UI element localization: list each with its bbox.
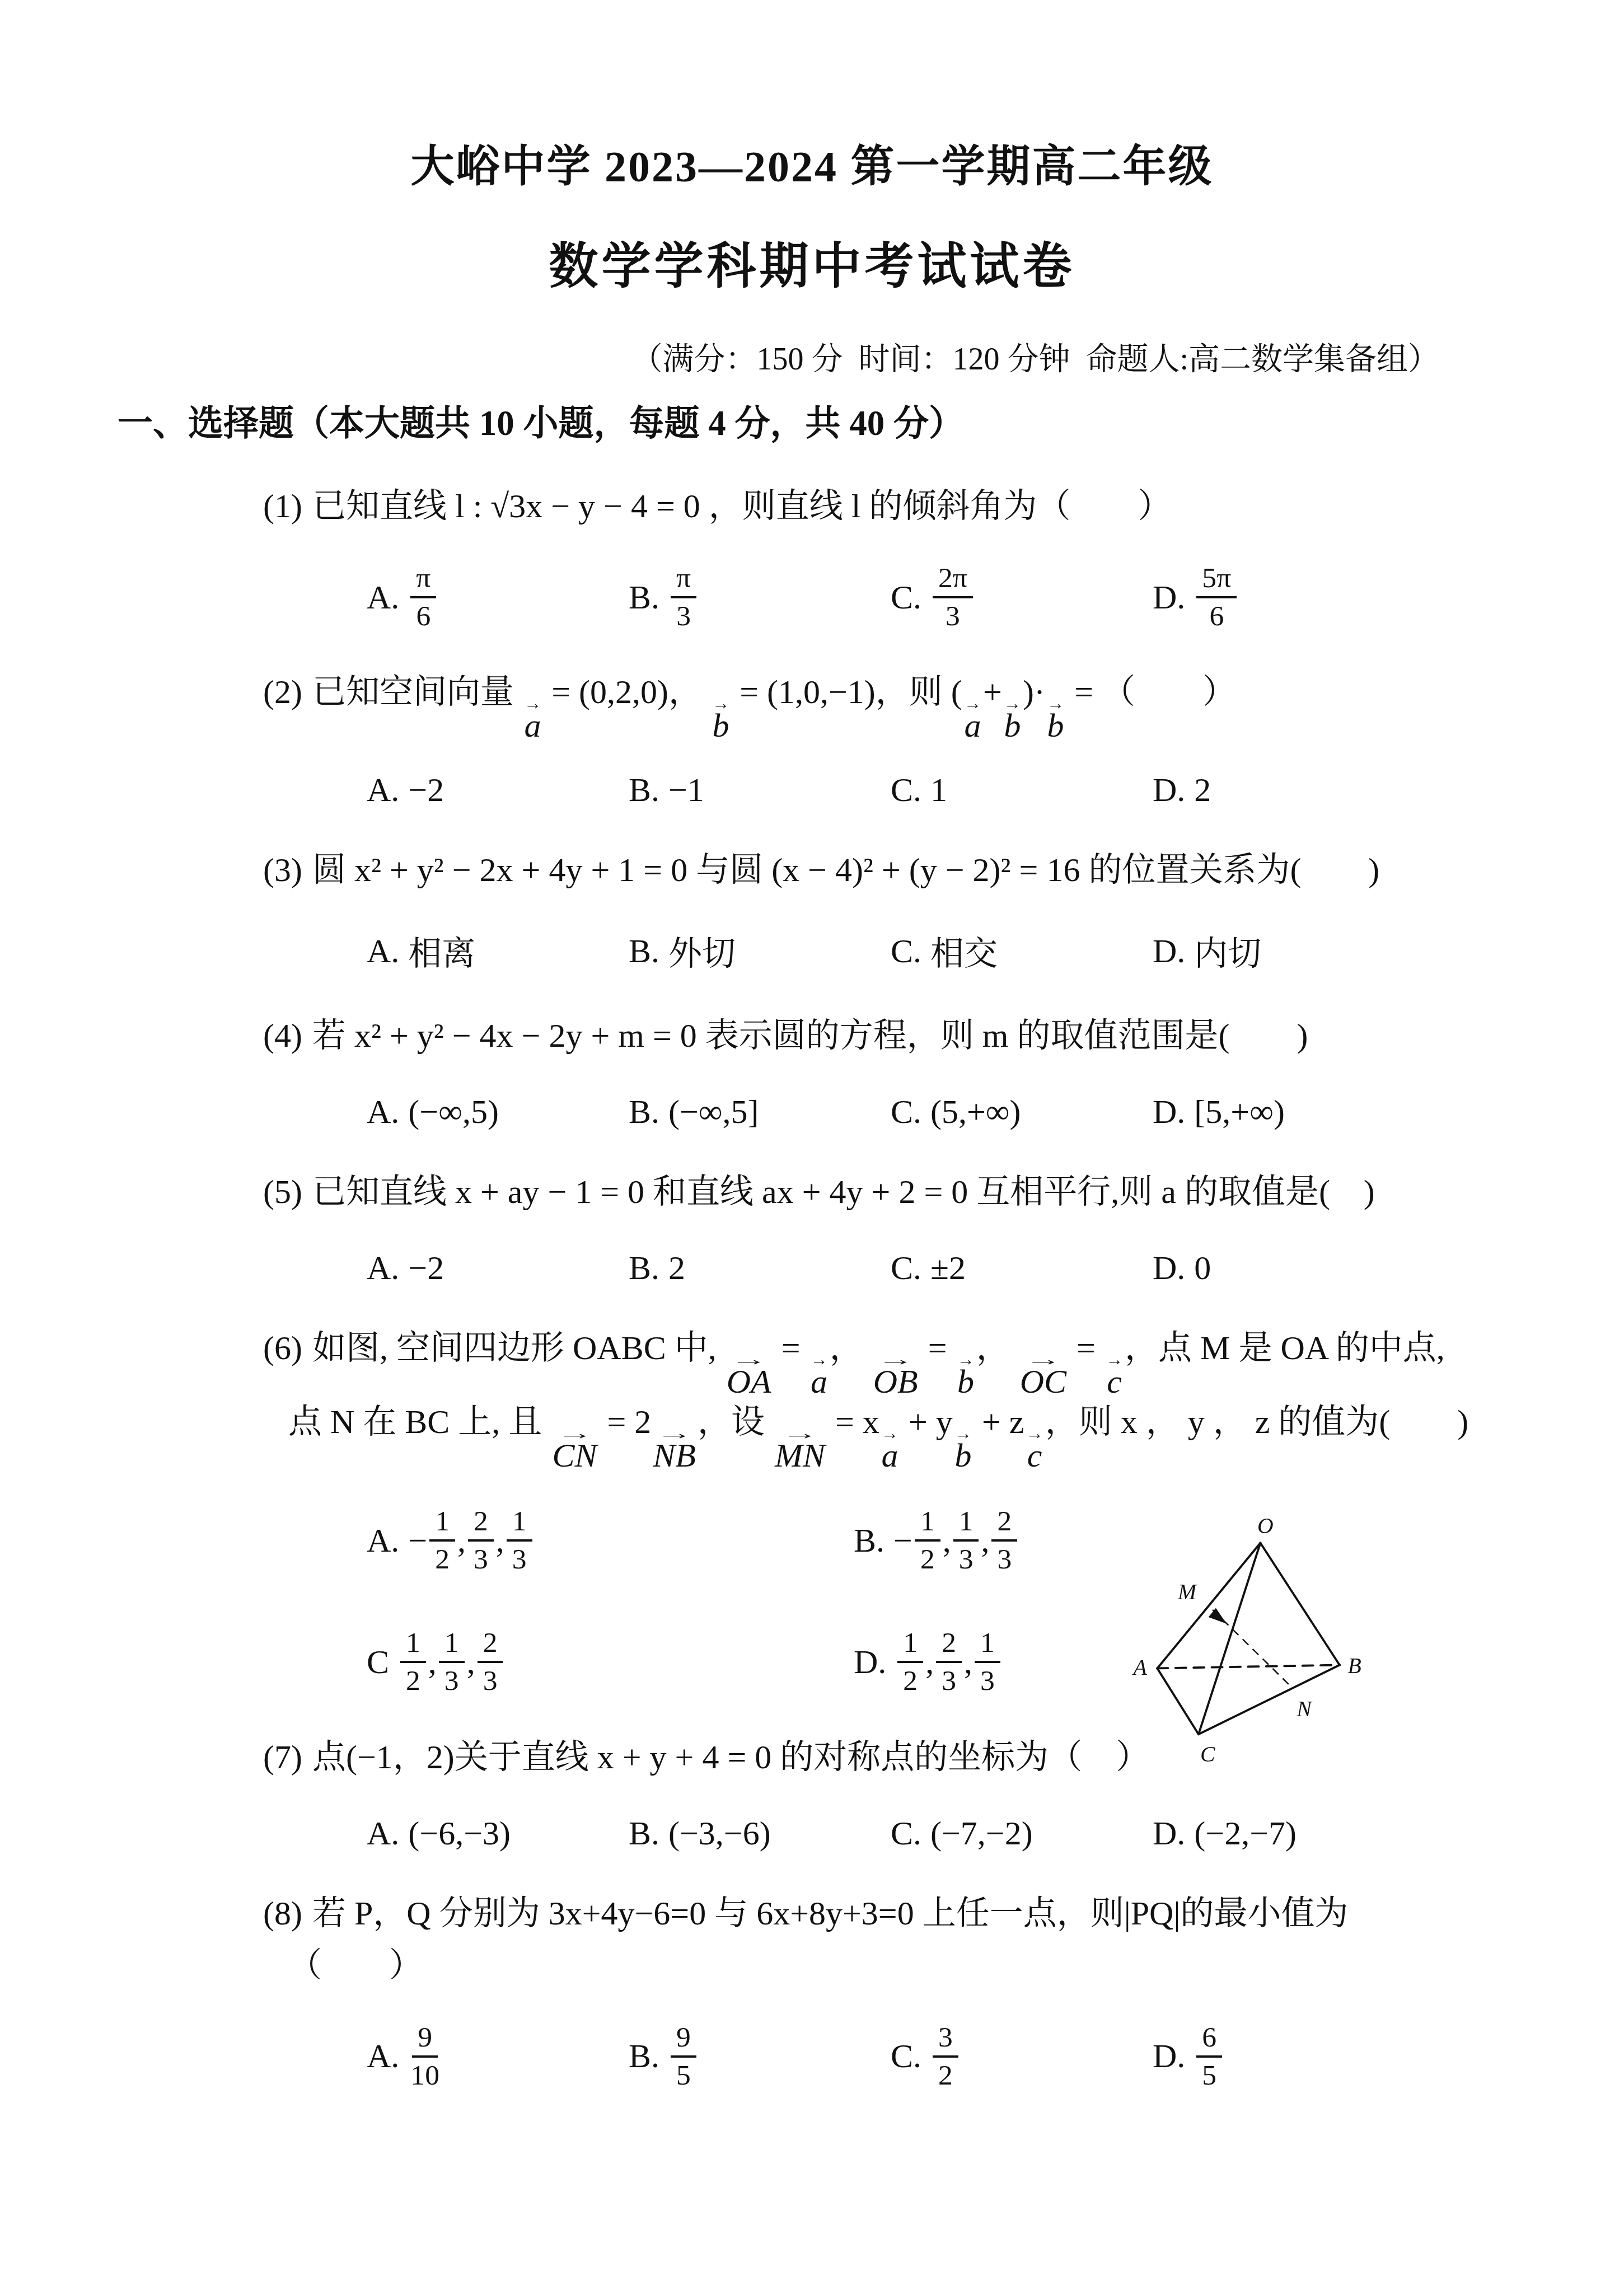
- vector-MN: →MN: [775, 1426, 825, 1470]
- option-label: C: [367, 1643, 389, 1682]
- fraction: 95: [671, 2022, 696, 2091]
- num: 2π: [933, 563, 973, 598]
- option-label: C.: [891, 1249, 921, 1287]
- question-4-body: (4)若 x² + y² − 4x − 2y + m = 0 表示圆的方程，则 …: [263, 1010, 1546, 1062]
- question-4: (4)若 x² + y² − 4x − 2y + m = 0 表示圆的方程，则 …: [263, 1010, 1546, 1131]
- base: a: [525, 711, 541, 740]
- question-number: (1): [263, 488, 302, 524]
- txt: (−∞,5): [408, 1093, 499, 1131]
- txt: −: [893, 1521, 912, 1560]
- num: 1: [507, 1506, 532, 1542]
- vector-b: →b: [1047, 696, 1064, 740]
- fraction: 2π3: [933, 563, 973, 631]
- option-label: D.: [854, 1643, 886, 1682]
- fraction: 5π6: [1196, 563, 1237, 631]
- fraction: 910: [410, 2022, 439, 2091]
- question-7: (7)点(−1，2)关于直线 x + y + 4 = 0 的对称点的坐标为（ ）…: [263, 1731, 1546, 1853]
- edge-OB: [1260, 1543, 1339, 1665]
- option-label: D.: [1153, 1093, 1185, 1131]
- option-A: A.π6: [367, 563, 629, 631]
- option-D: D.65: [1153, 2022, 1224, 2091]
- txt: = (0,2,0)，: [543, 673, 710, 710]
- den: 3: [980, 1663, 995, 1696]
- txt: ±2: [930, 1249, 966, 1287]
- option-D: D.[5,+∞): [1153, 1093, 1285, 1131]
- num: 2: [991, 1506, 1017, 1542]
- base: NB: [653, 1441, 696, 1470]
- question-7-options: A.(−6,−3)B.(−3,−6)C.(−7,−2)D.(−2,−7): [263, 1814, 1546, 1853]
- txt: [5,+∞): [1194, 1093, 1285, 1131]
- edge-OA: [1157, 1543, 1260, 1669]
- question-line: (7)点(−1，2)关于直线 x + y + 4 = 0 的对称点的坐标为（ ）: [263, 1731, 1546, 1783]
- option-A: A.相离: [367, 927, 629, 975]
- option-C: C.1: [891, 771, 1153, 809]
- txt: 点 N 在 BC 上, 且: [288, 1403, 550, 1440]
- question-2: (2)已知空间向量 →a = (0,2,0)， →b = (1,0,−1)，则 …: [263, 666, 1546, 809]
- fraction: 23: [936, 1628, 962, 1696]
- option-label: B.: [629, 771, 659, 809]
- option-label: D.: [1153, 932, 1185, 971]
- question-number: (2): [263, 673, 302, 710]
- txt: (−3,−6): [668, 1814, 771, 1853]
- option-B: B.(−3,−6): [629, 1814, 891, 1853]
- txt: =: [773, 1329, 809, 1366]
- den: 5: [676, 2058, 691, 2091]
- fraction: 13: [507, 1506, 532, 1575]
- label-N: N: [1296, 1697, 1313, 1721]
- num: 1: [439, 1628, 465, 1663]
- option-D: D.5π6: [1153, 563, 1239, 631]
- option-D: D.(−2,−7): [1153, 1814, 1297, 1853]
- option-label: A.: [367, 1249, 399, 1287]
- option-D: D.2: [1153, 771, 1211, 809]
- question-7-body: (7)点(−1，2)关于直线 x + y + 4 = 0 的对称点的坐标为（ ）: [263, 1731, 1546, 1783]
- txt: +: [983, 673, 1002, 710]
- fraction: 23: [991, 1506, 1017, 1575]
- txt: (5,+∞): [930, 1093, 1021, 1131]
- txt: 已知直线 x + ay − 1 = 0 和直线 ax + 4y + 2 = 0 …: [312, 1173, 1375, 1210]
- num: π: [410, 563, 436, 598]
- txt: ，则 x ， y ， z 的值为( ): [1045, 1403, 1469, 1440]
- question-2-body: (2)已知空间向量 →a = (0,2,0)， →b = (1,0,−1)，则 …: [263, 666, 1546, 740]
- option-C: C.32: [891, 2022, 1153, 2091]
- question-5-body: (5)已知直线 x + ay − 1 = 0 和直线 ax + 4y + 2 =…: [263, 1166, 1546, 1218]
- txt: 2: [1194, 771, 1211, 809]
- option-label: A.: [367, 1814, 399, 1853]
- option-B: B.2: [629, 1249, 891, 1287]
- num: 2: [478, 1628, 503, 1663]
- option-label: C.: [891, 932, 921, 971]
- fraction: 12: [915, 1506, 940, 1575]
- vector-b: →b: [954, 1426, 972, 1470]
- den: 2: [435, 1542, 450, 1575]
- fraction: 13: [975, 1628, 1000, 1696]
- txt: −1: [668, 771, 704, 809]
- txt: + y: [900, 1403, 953, 1440]
- question-8-options: A.910B.95C.32D.65: [263, 2022, 1546, 2091]
- base: a: [811, 1367, 827, 1396]
- option-label: D.: [1153, 1249, 1185, 1287]
- edge-OC: [1199, 1543, 1261, 1735]
- den: 2: [920, 1542, 935, 1575]
- option-B: B.外切: [629, 927, 891, 975]
- den: 3: [444, 1663, 459, 1696]
- den: 6: [1209, 598, 1224, 631]
- den: 3: [946, 598, 960, 631]
- num: π: [671, 563, 696, 598]
- txt: 若 P，Q 分别为 3x+4y−6=0 与 6x+8y+3=0 上任一点，则|P…: [312, 1895, 1348, 1932]
- option-label: C.: [891, 1814, 921, 1853]
- exam-title-line2: 数学学科期中考试试卷: [0, 227, 1624, 297]
- base: b: [1004, 711, 1021, 740]
- option-A: A.(−6,−3): [367, 1814, 629, 1853]
- base: OC: [1020, 1367, 1066, 1396]
- txt: =: [920, 1329, 956, 1366]
- question-4-options: A.(−∞,5)B.(−∞,5]C.(5,+∞)D.[5,+∞): [263, 1093, 1546, 1131]
- txt: ,: [925, 1643, 934, 1682]
- option-B: B.π3: [629, 563, 891, 631]
- question-1: (1)已知直线 l : √3x − y − 4 = 0 ，则直线 l 的倾斜角为…: [263, 480, 1546, 631]
- base: CN: [552, 1441, 597, 1470]
- base: c: [1107, 1367, 1122, 1396]
- vertex-labels: O A B C M N: [1132, 1514, 1361, 1767]
- txt: 内切: [1194, 927, 1261, 975]
- option-C: C.相交: [891, 927, 1153, 975]
- num: 9: [671, 2022, 696, 2058]
- num: 2: [468, 1506, 494, 1542]
- base: OA: [727, 1367, 771, 1396]
- txt: 若 x² + y² − 4x − 2y + m = 0 表示圆的方程，则 m 的…: [312, 1017, 1308, 1054]
- txt: 0: [1194, 1249, 1211, 1287]
- txt: 相离: [408, 927, 475, 975]
- question-line: (5)已知直线 x + ay − 1 = 0 和直线 ax + 4y + 2 =…: [263, 1166, 1546, 1218]
- option-C: C.(−7,−2): [891, 1814, 1153, 1853]
- den: 2: [406, 1663, 420, 1696]
- txt: ，: [976, 1329, 1018, 1366]
- den: 3: [676, 598, 691, 631]
- edge-CB: [1199, 1665, 1340, 1735]
- question-1-options: A.π6B.π3C.2π3D.5π6: [263, 563, 1546, 631]
- den: 3: [997, 1542, 1012, 1575]
- question-5: (5)已知直线 x + ay − 1 = 0 和直线 ax + 4y + 2 =…: [263, 1166, 1546, 1287]
- question-5-options: A.−2B.2C.±2D.0: [263, 1249, 1546, 1287]
- txt: ,: [428, 1643, 437, 1682]
- num: 2: [936, 1628, 962, 1663]
- den: 10: [410, 2058, 439, 2091]
- txt: 1: [930, 771, 947, 809]
- txt: ，设: [698, 1403, 773, 1440]
- question-number: (3): [263, 851, 302, 888]
- edge-AB-dashed: [1157, 1665, 1340, 1669]
- option-A: A.(−∞,5): [367, 1093, 629, 1131]
- fraction: 23: [468, 1506, 494, 1575]
- base: OB: [873, 1367, 918, 1396]
- question-8: (8)若 P，Q 分别为 3x+4y−6=0 与 6x+8y+3=0 上任一点，…: [263, 1887, 1546, 2091]
- option-label: B.: [629, 932, 659, 971]
- num: 1: [915, 1506, 940, 1542]
- den: 3: [942, 1663, 956, 1696]
- option-B: B.−1: [629, 771, 891, 809]
- base: b: [954, 1441, 971, 1470]
- option-label: A.: [367, 771, 399, 809]
- option-A: A.−2: [367, 771, 629, 809]
- question-1-body: (1)已知直线 l : √3x − y − 4 = 0 ，则直线 l 的倾斜角为…: [263, 480, 1546, 532]
- option-label: A.: [367, 2037, 399, 2076]
- option-label: A.: [367, 1093, 399, 1131]
- question-3: (3)圆 x² + y² − 2x + 4y + 1 = 0 与圆 (x − 4…: [263, 844, 1546, 975]
- fraction: 12: [897, 1628, 923, 1696]
- option-label: C.: [891, 771, 921, 809]
- txt: −: [408, 1521, 427, 1560]
- question-line: (3)圆 x² + y² − 2x + 4y + 1 = 0 与圆 (x − 4…: [263, 844, 1546, 896]
- option-A: A.−12,23,13: [367, 1506, 854, 1575]
- question-2-options: A.−2B.−1C.1D.2: [263, 771, 1546, 809]
- question-number: (4): [263, 1017, 302, 1054]
- txt: 外切: [668, 927, 736, 975]
- vector-OB: →OB: [873, 1352, 918, 1396]
- label-A: A: [1132, 1655, 1148, 1680]
- option-C: C.2π3: [891, 563, 1153, 631]
- question-line: 点 N 在 BC 上, 且 →CN = 2→NB，设 →MN = x→a + y…: [263, 1396, 1546, 1470]
- num: 1: [429, 1506, 455, 1542]
- question-6: (6)如图, 空间四边形 OABC 中, →OA = →a， →OB = →b，…: [263, 1322, 1546, 1696]
- txt: ,: [964, 1643, 972, 1682]
- fraction: 12: [429, 1506, 455, 1575]
- question-line: （ ）: [263, 1940, 1546, 1992]
- exam-info-line: （满分：150 分 时间：120 分钟 命题人:高二数学集备组）: [631, 334, 1439, 379]
- arr: →: [731, 1352, 767, 1367]
- txt: 点(−1，2)关于直线 x + y + 4 = 0 的对称点的坐标为（ ）: [312, 1739, 1149, 1776]
- label-B: B: [1348, 1654, 1361, 1678]
- vector-b: →b: [712, 696, 729, 740]
- exam-page: 大峪中学 2023—2024 第一学期高二年级 数学学科期中考试试卷 （满分：1…: [0, 0, 1624, 2295]
- base: MN: [775, 1441, 825, 1470]
- option-label: B.: [629, 1814, 659, 1853]
- txt: ，点 M 是 OA 的中点,: [1125, 1329, 1445, 1366]
- base: a: [881, 1441, 898, 1470]
- num: 1: [897, 1628, 923, 1663]
- base: a: [964, 711, 981, 740]
- fraction: 32: [933, 2022, 958, 2091]
- vector-b: →b: [957, 1352, 975, 1396]
- fraction: 65: [1196, 2022, 1222, 2091]
- txt: 圆 x² + y² − 2x + 4y + 1 = 0 与圆 (x − 4)² …: [312, 851, 1379, 888]
- txt: ，: [830, 1329, 872, 1366]
- base: b: [957, 1367, 974, 1396]
- den: 5: [1202, 2058, 1216, 2091]
- label-O: O: [1257, 1514, 1274, 1538]
- txt: 如图, 空间四边形 OABC 中,: [312, 1329, 725, 1366]
- den: 2: [903, 1663, 918, 1696]
- option-label: A.: [367, 932, 399, 971]
- option-label: D.: [1153, 2037, 1185, 2076]
- den: 3: [512, 1542, 527, 1575]
- question-8-body: (8)若 P，Q 分别为 3x+4y−6=0 与 6x+8y+3=0 上任一点，…: [263, 1887, 1546, 1992]
- option-B: B.95: [629, 2022, 891, 2091]
- question-number: (5): [263, 1173, 302, 1210]
- txt: ,: [467, 1643, 475, 1682]
- option-label: B.: [854, 1521, 884, 1560]
- question-line: (2)已知空间向量 →a = (0,2,0)， →b = (1,0,−1)，则 …: [263, 666, 1546, 740]
- option-label: C.: [891, 578, 921, 617]
- txt: (−2,−7): [1194, 1814, 1297, 1853]
- option-label: D.: [1153, 578, 1185, 617]
- option-C: C12,13,23: [367, 1628, 854, 1696]
- txt: ,: [496, 1521, 504, 1560]
- vector-CN: →CN: [552, 1426, 597, 1470]
- arr: →: [877, 1352, 914, 1367]
- txt: 已知空间向量: [312, 673, 522, 710]
- option-label: C.: [891, 1093, 921, 1131]
- question-number: (6): [263, 1329, 302, 1366]
- fraction: π6: [410, 563, 436, 631]
- den: 3: [474, 1542, 488, 1575]
- txt: )·: [1023, 673, 1045, 710]
- txt: (−7,−2): [930, 1814, 1033, 1853]
- arr: →: [1025, 1352, 1061, 1367]
- txt: = 2: [598, 1403, 651, 1440]
- num: 9: [412, 2022, 438, 2058]
- option-label: A.: [367, 578, 399, 617]
- question-3-options: A.相离B.外切C.相交D.内切: [263, 927, 1546, 975]
- vector-c: →c: [1026, 1426, 1043, 1470]
- option-label: B.: [629, 1249, 659, 1287]
- vector-a: →a: [524, 696, 541, 740]
- arr: →: [656, 1426, 692, 1441]
- txt: = x: [827, 1403, 879, 1440]
- section-heading: 一、选择题（本大题共 10 小题，每题 4 分，共 40 分）: [118, 395, 1624, 446]
- option-C: C.±2: [891, 1249, 1153, 1287]
- arr: →: [781, 1426, 818, 1441]
- option-label: B.: [629, 578, 659, 617]
- mn-arrowhead: [1209, 1608, 1227, 1624]
- num: 1: [953, 1506, 979, 1542]
- txt: ,: [457, 1521, 466, 1560]
- vector-a: →a: [881, 1426, 898, 1470]
- num: 5π: [1196, 563, 1237, 598]
- question-number: (8): [263, 1895, 302, 1932]
- txt: (−6,−3): [408, 1814, 511, 1853]
- question-number: (7): [263, 1739, 302, 1776]
- option-label: C.: [891, 2037, 921, 2076]
- question-line: (6)如图, 空间四边形 OABC 中, →OA = →a， →OB = →b，…: [263, 1322, 1546, 1396]
- txt: = (1,0,−1)，则 (: [731, 673, 962, 710]
- den: 2: [938, 2058, 953, 2091]
- fraction: π3: [671, 563, 696, 631]
- vector-OA: →OA: [727, 1352, 771, 1396]
- vector-NB: →NB: [653, 1426, 696, 1470]
- fraction: 13: [439, 1628, 465, 1696]
- option-D: D.0: [1153, 1249, 1211, 1287]
- txt: + z: [974, 1403, 1024, 1440]
- question-line: (1)已知直线 l : √3x − y − 4 = 0 ，则直线 l 的倾斜角为…: [263, 480, 1546, 532]
- option-C: C.(5,+∞): [891, 1093, 1153, 1131]
- num: 3: [933, 2022, 958, 2058]
- option-D: D.内切: [1153, 927, 1261, 975]
- vector-OC: →OC: [1020, 1352, 1066, 1396]
- option-label: D.: [1153, 771, 1185, 809]
- question-line: (8)若 P，Q 分别为 3x+4y−6=0 与 6x+8y+3=0 上任一点，…: [263, 1887, 1546, 1940]
- txt: = （ ）: [1066, 673, 1236, 710]
- arr: →: [556, 1426, 593, 1441]
- num: 6: [1196, 2022, 1222, 2058]
- txt: −2: [408, 1249, 444, 1287]
- txt: ,: [943, 1521, 951, 1560]
- txt: 相交: [930, 927, 998, 975]
- option-B: B.(−∞,5]: [629, 1093, 891, 1131]
- base: b: [1047, 711, 1064, 740]
- fraction: 12: [400, 1628, 426, 1696]
- vector-a: →a: [964, 696, 981, 740]
- txt: ,: [981, 1521, 989, 1560]
- option-A: A.910: [367, 2022, 629, 2091]
- exam-title-line1: 大峪中学 2023—2024 第一学期高二年级: [0, 132, 1624, 194]
- fraction: 23: [478, 1628, 503, 1696]
- edge-AC: [1157, 1669, 1199, 1735]
- option-label: D.: [1153, 1814, 1185, 1853]
- fraction: 13: [953, 1506, 979, 1575]
- txt: (−∞,5]: [668, 1093, 759, 1131]
- den: 3: [959, 1542, 974, 1575]
- vector-b: →b: [1004, 696, 1021, 740]
- den: 6: [416, 598, 430, 631]
- tetrahedron-edges: [1157, 1543, 1340, 1735]
- txt: 2: [668, 1249, 685, 1287]
- txt: =: [1068, 1329, 1104, 1366]
- option-label: B.: [629, 1093, 659, 1131]
- label-M: M: [1177, 1580, 1197, 1604]
- vector-c: →c: [1106, 1352, 1123, 1396]
- question-3-body: (3)圆 x² + y² − 2x + 4y + 1 = 0 与圆 (x − 4…: [263, 844, 1546, 896]
- txt: 已知直线 l : √3x − y − 4 = 0 ，则直线 l 的倾斜角为（ ）: [312, 488, 1171, 524]
- num: 1: [975, 1628, 1000, 1663]
- vector-a: →a: [811, 1352, 828, 1396]
- base: b: [713, 711, 729, 740]
- den: 3: [483, 1663, 498, 1696]
- txt: （ ）: [288, 1947, 423, 1984]
- txt: −2: [408, 771, 444, 809]
- num: 1: [400, 1628, 426, 1663]
- option-label: A.: [367, 1521, 399, 1560]
- question-line: (4)若 x² + y² − 4x − 2y + m = 0 表示圆的方程，则 …: [263, 1010, 1546, 1062]
- option-label: B.: [629, 2037, 659, 2076]
- question-6-body: (6)如图, 空间四边形 OABC 中, →OA = →a， →OB = →b，…: [263, 1322, 1546, 1470]
- option-A: A.−2: [367, 1249, 629, 1287]
- base: c: [1027, 1441, 1042, 1470]
